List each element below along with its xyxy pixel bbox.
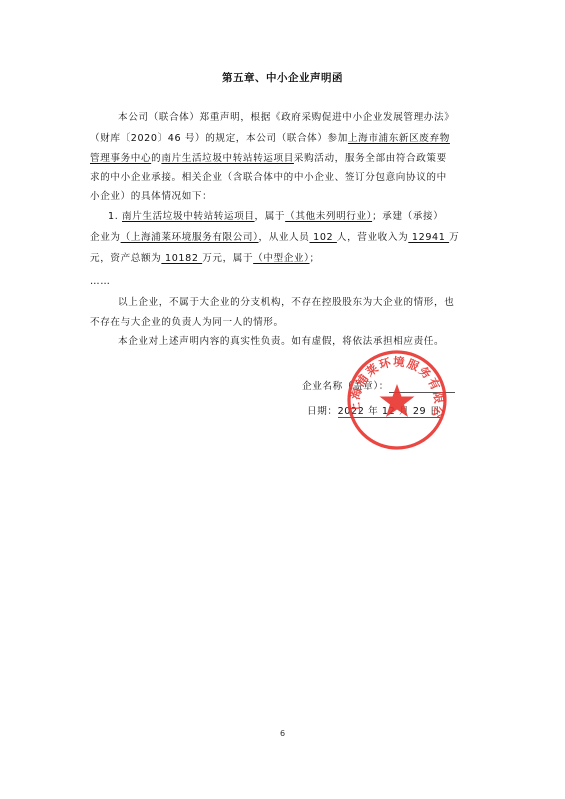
page-number: 6 (0, 729, 565, 738)
paragraph-3: 本企业对上述声明内容的真实性负责。如有虚假，将依法承担相应责任。 (118, 336, 444, 348)
date-label: 日期： (307, 406, 338, 417)
procurement-text: 采购活动，服务全部由符合政策要 (294, 153, 447, 164)
assets-unit: 万元，属于 (202, 253, 253, 264)
connector-text: 的 (151, 153, 161, 164)
employees-unit: 人，营业收入为 (337, 232, 408, 243)
item-number: 1. (108, 211, 118, 222)
contractor-label: ；承建（承接） (372, 211, 443, 222)
project-name: 南片生活垃圾中转站转运项目 (161, 153, 294, 164)
employees-label: ，从业人员 (259, 232, 310, 243)
revenue-value: 12941 (408, 232, 449, 243)
company-seal-icon: 上海浦莱环境服务有限公司 (345, 348, 449, 452)
assets-prefix: 元，资产总额为 (90, 253, 161, 264)
document-page: 第五章、中小企业声明函 本公司（联合体）郑重声明，根据《政府采购促进中小企业发展… (0, 0, 565, 799)
item-1-line-2: 企业为（上海浦莱环境服务有限公司），从业人员 102 人，营业收入为 12941… (90, 232, 459, 244)
paragraph-2-line-1: 以上企业，不属于大企业的分支机构，不存在控股股东为大企业的情形，也 (118, 297, 454, 309)
procuring-entity: 上海市浦东新区废弃物 (348, 133, 450, 144)
company-name: （上海浦莱环境服务有限公司） (121, 232, 259, 243)
paragraph-1-line-2: （财库〔2020〕46 号）的规定，本公司（联合体）参加上海市浦东新区废弃物 (90, 133, 450, 145)
ellipsis: …… (90, 276, 110, 288)
company-prefix: 企业为 (90, 232, 121, 243)
item-1-line-3: 元，资产总额为 10182 万元，属于（中型企业）； (90, 253, 320, 265)
belongs-label: ，属于 (255, 211, 286, 222)
procuring-entity-cont: 管理事务中心 (90, 153, 151, 164)
paragraph-1-line-3: 管理事务中心的南片生活垃圾中转站转运项目采购活动，服务全部由符合政策要 (90, 153, 447, 165)
item-1-line-1: 1. 南片生活垃圾中转站转运项目，属于（其他未列明行业）；承建（承接） (108, 211, 443, 223)
assets-value: 10182 (161, 253, 202, 264)
paragraph-2-line-2: 不存在与大企业的负责人为同一人的情形。 (90, 317, 284, 329)
employees-value: 102 (309, 232, 336, 243)
industry: （其他未列明行业） (285, 211, 372, 222)
enterprise-size: （中型企业） (253, 253, 309, 264)
paragraph-1-line-1: 本公司（联合体）郑重声明，根据《政府采购促进中小企业发展管理办法》 (118, 112, 454, 124)
regulation-ref: （财库〔2020〕46 号）的规定，本公司（联合体）参加 (90, 133, 348, 144)
item-project: 南片生活垃圾中转站转运项目 (122, 211, 255, 222)
revenue-unit: 万 (449, 232, 459, 243)
paragraph-1-line-5: 小企业）的具体情况如下： (90, 191, 212, 203)
item-end: ； (310, 253, 320, 264)
paragraph-1-line-4: 求的中小企业承接。相关企业（含联合体中的中小企业、签订分包意向协议的中 (90, 172, 447, 184)
page-title: 第五章、中小企业声明函 (0, 70, 565, 85)
